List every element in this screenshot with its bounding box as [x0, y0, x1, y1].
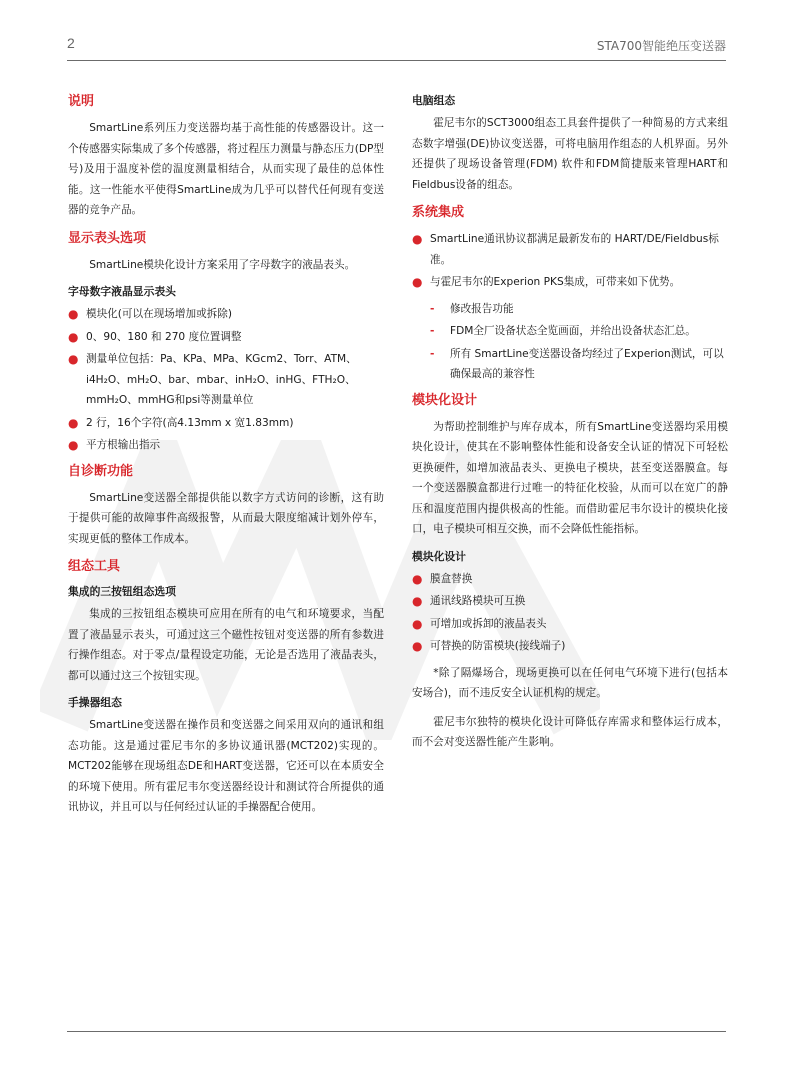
list-item: ●模块化(可以在现场增加或拆除) [68, 304, 384, 325]
section-heading: 说明 [68, 92, 384, 112]
subheading: 模块化设计 [412, 548, 728, 566]
list-item: ●2 行，16个字符(高4.13mm x 宽1.83mm) [68, 413, 384, 434]
section-self-diagnostics: 自诊断功能 SmartLine变送器全部提供能以数字方式访问的诊断，这有助于提供… [68, 462, 384, 550]
bullet-icon: ● [412, 272, 422, 293]
list-item: ●SmartLine通讯协议都满足最新发布的 HART/DE/Fieldbus标… [412, 229, 728, 270]
sub-list-item: -所有 SmartLine变送器设备均经过了Experion测试，可以确保最高的… [412, 344, 728, 385]
list-item: ●可替换的防雷模块(接线端子) [412, 636, 728, 657]
section-heading: 显示表头选项 [68, 229, 384, 249]
footnote: *除了隔爆场合，现场更换可以在任何电气环境下进行(包括本安场合)，而不违反安全认… [412, 663, 728, 704]
bullet-icon: ● [68, 435, 78, 456]
bullet-icon: ● [68, 327, 78, 348]
section-heading: 组态工具 [68, 557, 384, 577]
list-item: ●膜盒替换 [412, 569, 728, 590]
page-header: 2 STA700智能绝压变送器 [67, 34, 726, 61]
bullet-icon: ● [68, 413, 78, 434]
dash-icon: - [430, 344, 434, 365]
paragraph: 霍尼韦尔的SCT3000组态工具套件提供了一种简易的方式来组态数字增强(DE)协… [412, 113, 728, 195]
paragraph: 集成的三按钮组态模块可应用在所有的电气和环境要求，当配置了液晶显示表头，可通过这… [68, 604, 384, 686]
bullet-icon: ● [412, 614, 422, 635]
section-description: 说明 SmartLine系列压力变送器均基于高性能的传感器设计。这一个传感器实际… [68, 92, 384, 221]
paragraph: SmartLine模块化设计方案采用了字母数字的液晶表头。 [68, 255, 384, 276]
bullet-icon: ● [68, 304, 78, 325]
paragraph: 霍尼韦尔独特的模块化设计可降低存库需求和整体运行成本，而不会对变送器性能产生影响… [412, 712, 728, 753]
sub-list: -修改报告功能 -FDM全厂设备状态全览画面，并给出设备状态汇总。 -所有 Sm… [412, 299, 728, 385]
paragraph: SmartLine变送器全部提供能以数字方式访问的诊断，这有助于提供可能的故障事… [68, 488, 384, 550]
bullet-list: ●膜盒替换 ●通讯线路模块可互换 ●可增加或拆卸的液晶表头 ●可替换的防雷模块(… [412, 569, 728, 657]
bullet-icon: ● [68, 349, 78, 370]
list-item: ●0、90、180 和 270 度位置调整 [68, 327, 384, 348]
page-number: 2 [67, 35, 75, 51]
footer-divider [67, 1031, 726, 1032]
section-system-integration: 系统集成 ●SmartLine通讯协议都满足最新发布的 HART/DE/Fiel… [412, 203, 728, 385]
section-config-tools: 组态工具 集成的三按钮组态选项 集成的三按钮组态模块可应用在所有的电气和环境要求… [68, 557, 384, 818]
sub-list-item: -修改报告功能 [412, 299, 728, 320]
right-column: 电脑组态 霍尼韦尔的SCT3000组态工具套件提供了一种简易的方式来组态数字增强… [412, 92, 728, 761]
bullet-icon: ● [412, 591, 422, 612]
left-column: 说明 SmartLine系列压力变送器均基于高性能的传感器设计。这一个传感器实际… [68, 92, 384, 826]
list-item: ●可增加或拆卸的液晶表头 [412, 614, 728, 635]
bullet-icon: ● [412, 229, 422, 250]
paragraph: 为帮助控制维护与库存成本，所有SmartLine变送器均采用模块化设计，使其在不… [412, 417, 728, 540]
subheading: 集成的三按钮组态选项 [68, 583, 384, 601]
paragraph: SmartLine系列压力变送器均基于高性能的传感器设计。这一个传感器实际集成了… [68, 118, 384, 221]
dash-icon: - [430, 321, 434, 342]
paragraph: SmartLine变送器在操作员和变送器之间采用双向的通讯和组态功能。这是通过霍… [68, 715, 384, 818]
section-modular-design: 模块化设计 为帮助控制维护与库存成本，所有SmartLine变送器均采用模块化设… [412, 391, 728, 753]
section-heading: 模块化设计 [412, 391, 728, 411]
sub-list-item: -FDM全厂设备状态全览画面，并给出设备状态汇总。 [412, 321, 728, 342]
dash-icon: - [430, 299, 434, 320]
section-heading: 系统集成 [412, 203, 728, 223]
document-title: STA700智能绝压变送器 [597, 37, 726, 54]
subheading: 字母数字液晶显示表头 [68, 283, 384, 301]
section-display-options: 显示表头选项 SmartLine模块化设计方案采用了字母数字的液晶表头。 字母数… [68, 229, 384, 456]
list-item: ●平方根输出指示 [68, 435, 384, 456]
bullet-list: ●模块化(可以在现场增加或拆除) ●0、90、180 和 270 度位置调整 ●… [68, 304, 384, 456]
bullet-icon: ● [412, 569, 422, 590]
list-item: ●通讯线路模块可互换 [412, 591, 728, 612]
list-item: ●与霍尼韦尔的Experion PKS集成，可带来如下优势。 [412, 272, 728, 293]
section-pc-config: 电脑组态 霍尼韦尔的SCT3000组态工具套件提供了一种简易的方式来组态数字增强… [412, 92, 728, 195]
list-item: ●测量单位包括：Pa、KPa、MPa、KGcm2、Torr、ATM、i4H₂O、… [68, 349, 384, 411]
subheading: 手操器组态 [68, 694, 384, 712]
section-heading: 自诊断功能 [68, 462, 384, 482]
bullet-icon: ● [412, 636, 422, 657]
bullet-list: ●SmartLine通讯协议都满足最新发布的 HART/DE/Fieldbus标… [412, 229, 728, 293]
subheading: 电脑组态 [412, 92, 728, 110]
